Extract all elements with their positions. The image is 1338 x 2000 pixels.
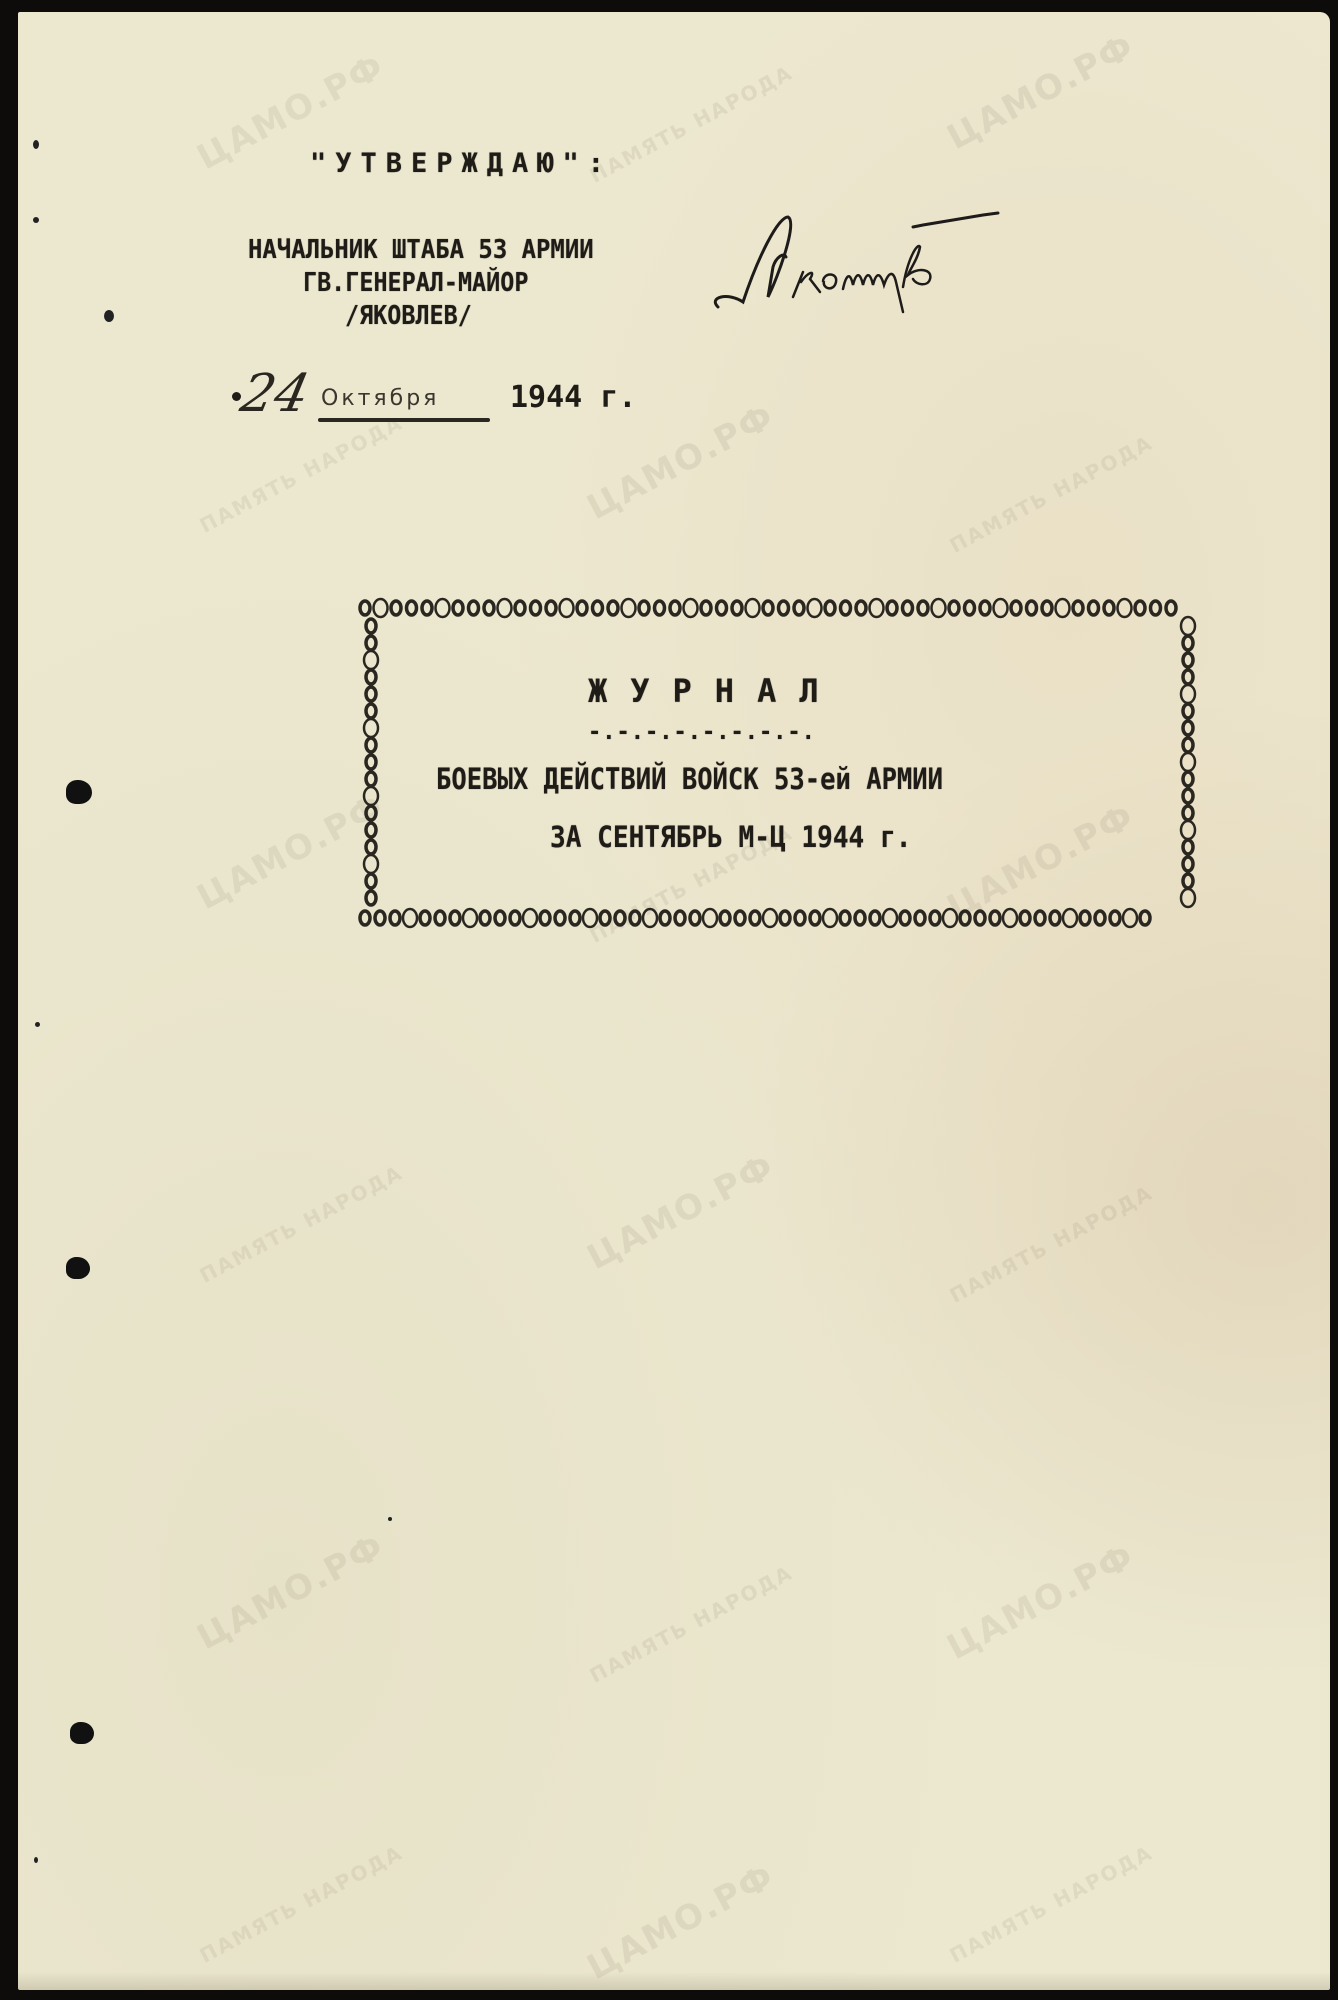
edge-mark [33,217,39,223]
document-page: ЦАМО.РФПАМЯТЬ НАРОДАЦАМО.РФПАМЯТЬ НАРОДА… [18,12,1330,1990]
date-month: Октября [321,386,439,411]
approval-rank: ГВ.ГЕНЕРАЛ-МАЙОР [303,268,528,298]
watermark-text: ПАМЯТЬ НАРОДА [196,1840,407,1968]
approval-name: /ЯКОВЛЕВ/ [345,301,472,331]
document-subtitle-line2: ЗА СЕНТЯБРЬ М-Ц 1944 г. [550,820,911,854]
title-separator: -.-.-.-.-.-.-.-. [588,720,816,745]
date-underline [318,418,490,422]
watermark-text: ЦАМО.РФ [581,1146,782,1278]
edge-mark [33,140,39,149]
watermark-text: ПАМЯТЬ НАРОДА [196,1160,407,1288]
watermark-text: ПАМЯТЬ НАРОДА [946,430,1157,558]
watermark-text: ЦАМО.РФ [581,1856,782,1988]
punch-hole [66,1257,90,1279]
watermark-text: ПАМЯТЬ НАРОДА [196,410,407,538]
edge-mark [35,1022,40,1027]
approval-header: "УТВЕРЖДАЮ": [310,148,613,179]
date-year: 1944 г. [510,380,636,415]
watermark-text: ЦАМО.РФ [941,1536,1142,1668]
watermark-text: ЦАМО.РФ [941,26,1142,158]
edge-mark [34,1857,38,1863]
watermark-text: ПАМЯТЬ НАРОДА [946,1840,1157,1968]
edge-mark [388,1517,392,1521]
punch-hole [66,780,92,804]
date-line: 24 Октября 1944 г. [228,372,688,422]
edge-mark [104,310,114,322]
watermark-text: ПАМЯТЬ НАРОДА [946,1180,1157,1308]
date-day: 24 [236,364,315,424]
punch-hole [70,1722,94,1744]
watermark-text: ЦАМО.РФ [191,1526,392,1658]
watermark-text: ПАМЯТЬ НАРОДА [586,1560,797,1688]
document-title: ЖУРНАЛ [588,672,842,710]
signature-icon [698,197,1028,327]
document-subtitle-line1: БОЕВЫХ ДЕЙСТВИЙ ВОЙСК 53-ей АРМИИ [436,762,943,796]
approval-position: НАЧАЛЬНИК ШТАБА 53 АРМИИ [248,235,594,265]
watermark-text: ПАМЯТЬ НАРОДА [586,60,797,188]
